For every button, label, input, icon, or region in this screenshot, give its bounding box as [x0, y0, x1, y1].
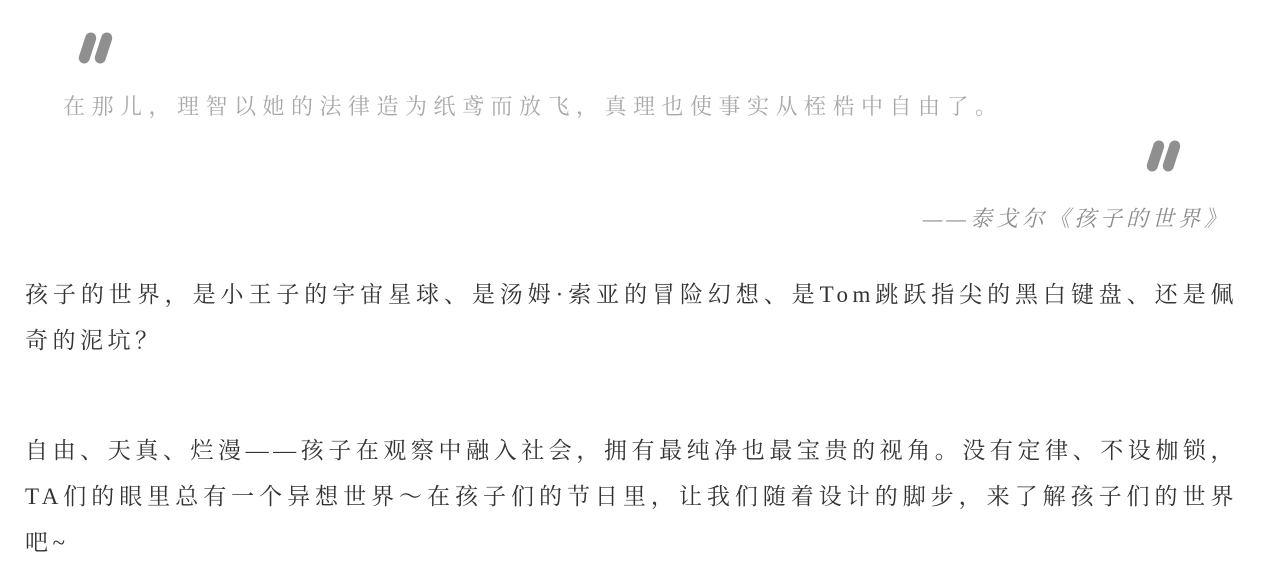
document-page: 在那儿，理智以她的法律造为纸鸢而放飞，真理也使事实从桎梏中自由了。 ——泰戈尔《…: [0, 0, 1262, 562]
open-quote-icon: [82, 32, 109, 64]
quote-text: 在那儿，理智以她的法律造为纸鸢而放飞，真理也使事实从桎梏中自由了。: [63, 92, 1063, 122]
paragraph-1: 孩子的世界，是小王子的宇宙星球、是汤姆·索亚的冒险幻想、是Tom跳跃指尖的黑白键…: [25, 272, 1238, 364]
paragraph-2: 自由、天真、烂漫——孩子在观察中融入社会，拥有最纯净也最宝贵的视角。没有定律、不…: [25, 428, 1238, 562]
close-quote-icon: [1150, 140, 1177, 172]
body-text: 孩子的世界，是小王子的宇宙星球、是汤姆·索亚的冒险幻想、是Tom跳跃指尖的黑白键…: [25, 272, 1238, 562]
quote-attribution: ——泰戈尔《孩子的世界》: [923, 202, 1230, 233]
